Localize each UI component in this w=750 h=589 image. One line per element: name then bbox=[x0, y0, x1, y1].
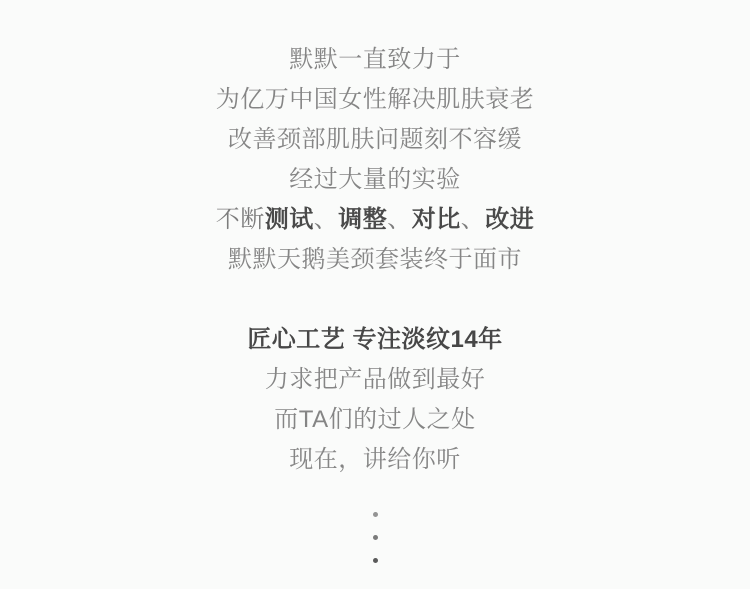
ellipsis-dot-1 bbox=[373, 512, 378, 517]
emphasis-segment: 、 bbox=[387, 206, 412, 233]
intro-block: 默默一直致力于 为亿万中国女性解决肌肤衰老 改善颈部肌肤问题刻不容缓 经过大量的… bbox=[0, 0, 750, 280]
craft-line-2: 而TA们的过人之处 bbox=[0, 400, 750, 440]
craft-block: 匠心工艺 专注淡纹14年 力求把产品做到最好 而TA们的过人之处 现在，讲给你听 bbox=[0, 320, 750, 480]
intro-line-3: 改善颈部肌肤问题刻不容缓 bbox=[0, 120, 750, 160]
emphasis-segment: 测试 bbox=[265, 206, 314, 233]
emphasis-segment: 对比 bbox=[412, 206, 461, 233]
emphasis-segment: 调整 bbox=[338, 206, 387, 233]
emphasis-segment: 不断 bbox=[216, 206, 265, 233]
promo-page: 默默一直致力于 为亿万中国女性解决肌肤衰老 改善颈部肌肤问题刻不容缓 经过大量的… bbox=[0, 0, 750, 589]
intro-closing-line: 默默天鹅美颈套装终于面市 bbox=[0, 240, 750, 280]
emphasis-segment: 、 bbox=[461, 206, 486, 233]
intro-line-2: 为亿万中国女性解决肌肤衰老 bbox=[0, 80, 750, 120]
ellipsis-dot-2 bbox=[373, 535, 378, 540]
ellipsis-dot-3 bbox=[373, 558, 378, 563]
emphasis-segment: 、 bbox=[314, 206, 339, 233]
emphasis-segment: 改进 bbox=[485, 206, 534, 233]
craft-line-3: 现在，讲给你听 bbox=[0, 440, 750, 480]
intro-line-1: 默默一直致力于 bbox=[0, 40, 750, 80]
intro-line-emphasis: 不断测试、调整、对比、改进 bbox=[0, 200, 750, 240]
ellipsis-dots bbox=[0, 512, 750, 563]
intro-line-4: 经过大量的实验 bbox=[0, 160, 750, 200]
craft-line-1: 力求把产品做到最好 bbox=[0, 360, 750, 400]
craft-heading: 匠心工艺 专注淡纹14年 bbox=[0, 320, 750, 360]
